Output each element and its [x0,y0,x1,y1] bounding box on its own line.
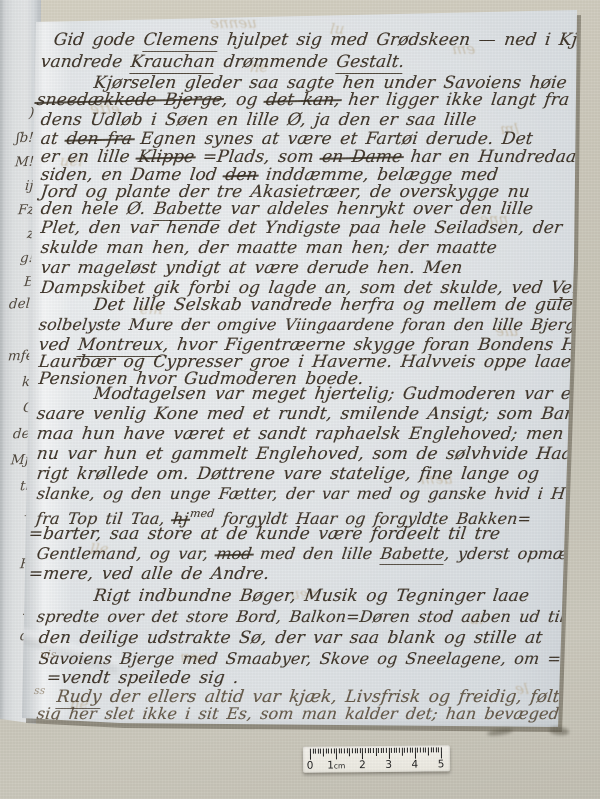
manuscript-line: nu var hun et gammelt Englehoved, som de… [36,444,582,464]
manuscript-line: sneedækkede Bjerge, og det kan, her ligg… [36,90,571,110]
manuscript-line: spredte over det store Bord, Balkon=Døre… [36,607,567,627]
manuscript-line: rigt krøllede om. Døttrene vare statelig… [36,464,541,484]
ruler-tick [402,748,403,756]
manuscript-line: =mere, ved alle de Andre. [28,564,271,584]
ruler-tick [362,748,363,759]
ruler-number: 0 [307,760,314,772]
manuscript-line: dens Udløb i Søen en lille Ø, ja den er … [40,110,478,130]
ruler-number: 4 [411,759,418,771]
edge-fragment: ) [28,105,34,121]
manuscript-line: den deilige udstrakte Sø, der var saa bl… [38,628,544,648]
manuscript-page: uenneluemneettelmuelnneemuleuemlleneuulu… [0,0,600,740]
ruler-tick [404,748,405,753]
ruler-number: 3 [385,759,392,771]
ruler-tick [381,748,382,753]
manuscript-line: Savoiens Bjerge med Smaabyer, Skove og S… [38,649,563,669]
ruler-tick [315,749,316,754]
ruler-tick [349,748,350,756]
manuscript-line: Det lille Selskab vandrede herfra og mel… [93,295,574,315]
manuscript-line: at den fra Egnen synes at være et Fartøi… [40,129,534,149]
edge-fragment: ʃb! [16,130,35,147]
manuscript-line: slanke, og den unge Fætter, der var med … [36,484,600,504]
ruler-tick [339,748,340,753]
manuscript-line: Plet, den var hende det Yndigste paa hel… [40,218,564,238]
ruler-tick [399,748,400,753]
ruler-tick [394,748,395,753]
ruler-tick [365,748,366,753]
manuscript-line: vandrede Krauchan drømmende Gestalt. [40,52,406,72]
ruler-tick [388,748,389,759]
ruler-tick [425,747,426,752]
ruler-tick [428,747,429,755]
ruler-tick [436,747,437,752]
ruler-tick [430,747,431,752]
manuscript-line: Rigt indbundne Bøger, Musik og Tegninger… [93,586,531,606]
ruler-tick [417,748,418,753]
ruler-number: 5 [438,758,445,770]
ruler-tick [347,748,348,753]
manuscript-line: er en lille Klippe =Plads, som en Dame h… [40,147,586,167]
ruler-tick [370,748,371,753]
manuscript-line: saare venlig Kone med et rundt, smilende… [36,404,585,424]
ruler-tick [383,748,384,753]
edge-fragment: Fz [17,202,35,219]
ruler-tick [373,748,374,753]
edge-fragment: M! [14,154,34,171]
manuscript-line: =vendt speilede sig . [46,668,240,688]
manuscript-line: Modtagelsen var meget hjertelig; Gudmode… [93,384,584,404]
ruler-tick [360,748,361,753]
manuscript-photograph: )ʃb!M!ijFzzg!Bdel.mfeklGde.Mj!thL]Fiy,d!… [0,0,600,799]
ruler-tick [375,748,376,756]
ruler-tick [368,748,369,753]
ruler-tick [423,748,424,753]
ruler-tick [354,748,355,753]
manuscript-line: den hele Ø. Babette var aldeles henrykt … [40,199,535,219]
ruler-number: 1cm [327,759,345,771]
ruler-number: 2 [359,759,366,771]
ruler-tick [326,749,327,754]
ruler-tick [310,749,311,760]
ruler-tick [331,748,332,753]
manuscript-line: solbelyste Mure der omgive Viingaardene … [38,315,597,335]
manuscript-line: =barter, saa store at de kunde være ford… [28,524,502,544]
manuscript-line: Gentlemand, og var, mod med den lille Ba… [36,544,600,564]
ruler-tick [333,748,334,753]
ruler-tick [357,748,358,753]
ruler-tick [420,748,421,753]
ruler-tick [407,748,408,753]
manuscript-line: skulde man hen, der maatte man hen; der … [40,238,498,258]
ruler-tick [441,747,442,758]
shadow-smudge [549,726,570,736]
manuscript-line: maa hun have været et sandt raphaelsk En… [36,424,565,444]
ruler-tick [391,748,392,753]
ruler-tick [344,748,345,753]
margin-note: nis [39,648,57,661]
ruler-tick [438,747,439,752]
ruler-tick [320,749,321,754]
ruler-tick [396,748,397,753]
ruler-tick [386,748,387,753]
ruler-tick [409,748,410,753]
centimeter-ruler: 01cm2345 [303,745,450,773]
manuscript-line: Gid gode Clemens hjulpet sig med Grødske… [53,30,600,50]
ruler-tick [415,748,416,759]
ruler-tick [312,749,313,754]
ruler-tick [323,749,324,757]
ruler-tick [336,748,337,759]
ruler-tick [328,748,329,753]
ruler-tick [341,748,342,753]
manuscript-line: var mageløst yndigt at være derude hen. … [40,258,464,278]
ruler-tick [378,748,379,753]
ruler-tick [318,749,319,754]
margin-note: ss [33,684,46,697]
ruler-ticks [303,745,450,747]
ruler-tick [433,747,434,752]
ruler-tick [352,748,353,753]
manuscript-line: sig her slet ikke i sit Es, som man kald… [36,704,600,724]
ruler-tick [412,748,413,753]
